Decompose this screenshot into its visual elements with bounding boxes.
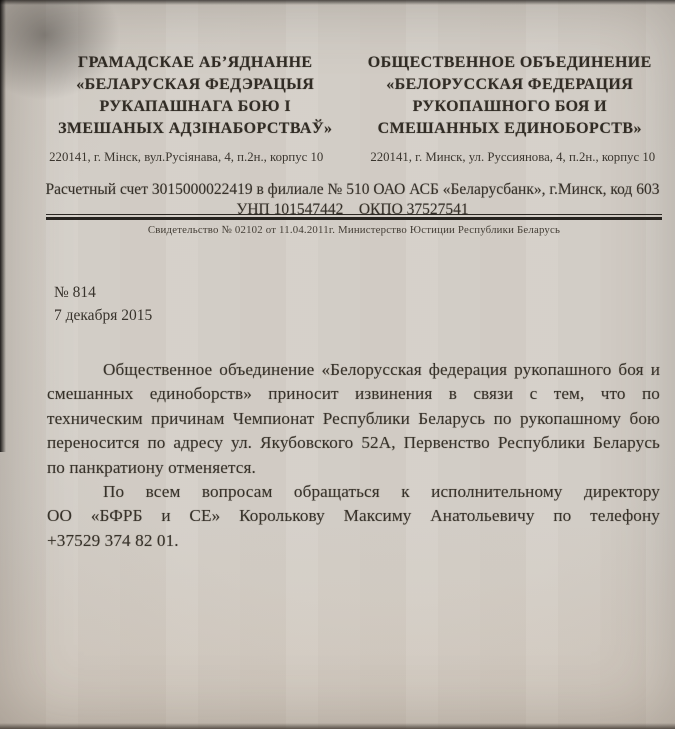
letter-body: Общественное объединение «Белорусская фе… <box>47 358 660 553</box>
divider-thick-line <box>46 217 662 220</box>
org-address-russian: 220141, г. Минск, ул. Руссиянова, 4, п.2… <box>355 150 672 165</box>
body-paragraph-contact: По всем вопросам обращаться к исполнител… <box>47 480 660 553</box>
org-address-belarusian: 220141, г. Мінск, вул.Русіянава, 4, п.2н… <box>28 150 345 165</box>
text-line: +37529 374 82 01. <box>47 529 660 553</box>
letterhead-org-names: ГРАМАДСКАЕ АБ’ЯДНАННЕ «БЕЛАРУСКАЯ ФЕДЭРА… <box>42 52 663 140</box>
letter-date: 7 декабря 2015 <box>54 304 152 327</box>
text-line: По всем вопросам обращаться к исполнител… <box>47 480 660 504</box>
org-name-russian: ОБЩЕСТВЕННОЕ ОБЪЕДИНЕНИЕ «БЕЛОРУССКАЯ ФЕ… <box>357 52 664 140</box>
text-line: Общественное объединение «Белорусская фе… <box>47 358 660 382</box>
text-line: смешанных единоборств» приносит извинени… <box>47 382 660 406</box>
text-line: по панкратиону отменяется. <box>47 456 660 480</box>
text-line: ОО «БФРБ и СЕ» Корольков­у Максиму Анато… <box>47 504 660 528</box>
divider-thin-line <box>46 214 662 215</box>
photo-corner-shadow <box>0 0 120 100</box>
bank-account-line: Расчетный счет 3015000022419 в филиале №… <box>40 181 665 199</box>
text-line: техническим причинам Чемпионат Республик… <box>47 407 660 431</box>
letter-document-photo: ГРАМАДСКАЕ АБ’ЯДНАННЕ «БЕЛАРУСКАЯ ФЕДЭРА… <box>0 0 675 729</box>
certificate-line: Свидетельство № 02102 от 11.04.2011г. Ми… <box>46 224 662 236</box>
letter-number: № 814 <box>54 281 152 304</box>
letterhead-addresses: 220141, г. Мінск, вул.Русіянава, 4, п.2н… <box>28 150 671 165</box>
letterhead-divider-rule <box>46 214 662 220</box>
text-line: переносится по адресу ул. Якубовского 52… <box>47 431 660 455</box>
body-paragraph-apology: Общественное объединение «Белорусская фе… <box>47 358 660 480</box>
photo-edge-bottom <box>0 723 675 729</box>
reference-block: № 814 7 декабря 2015 <box>54 281 152 327</box>
